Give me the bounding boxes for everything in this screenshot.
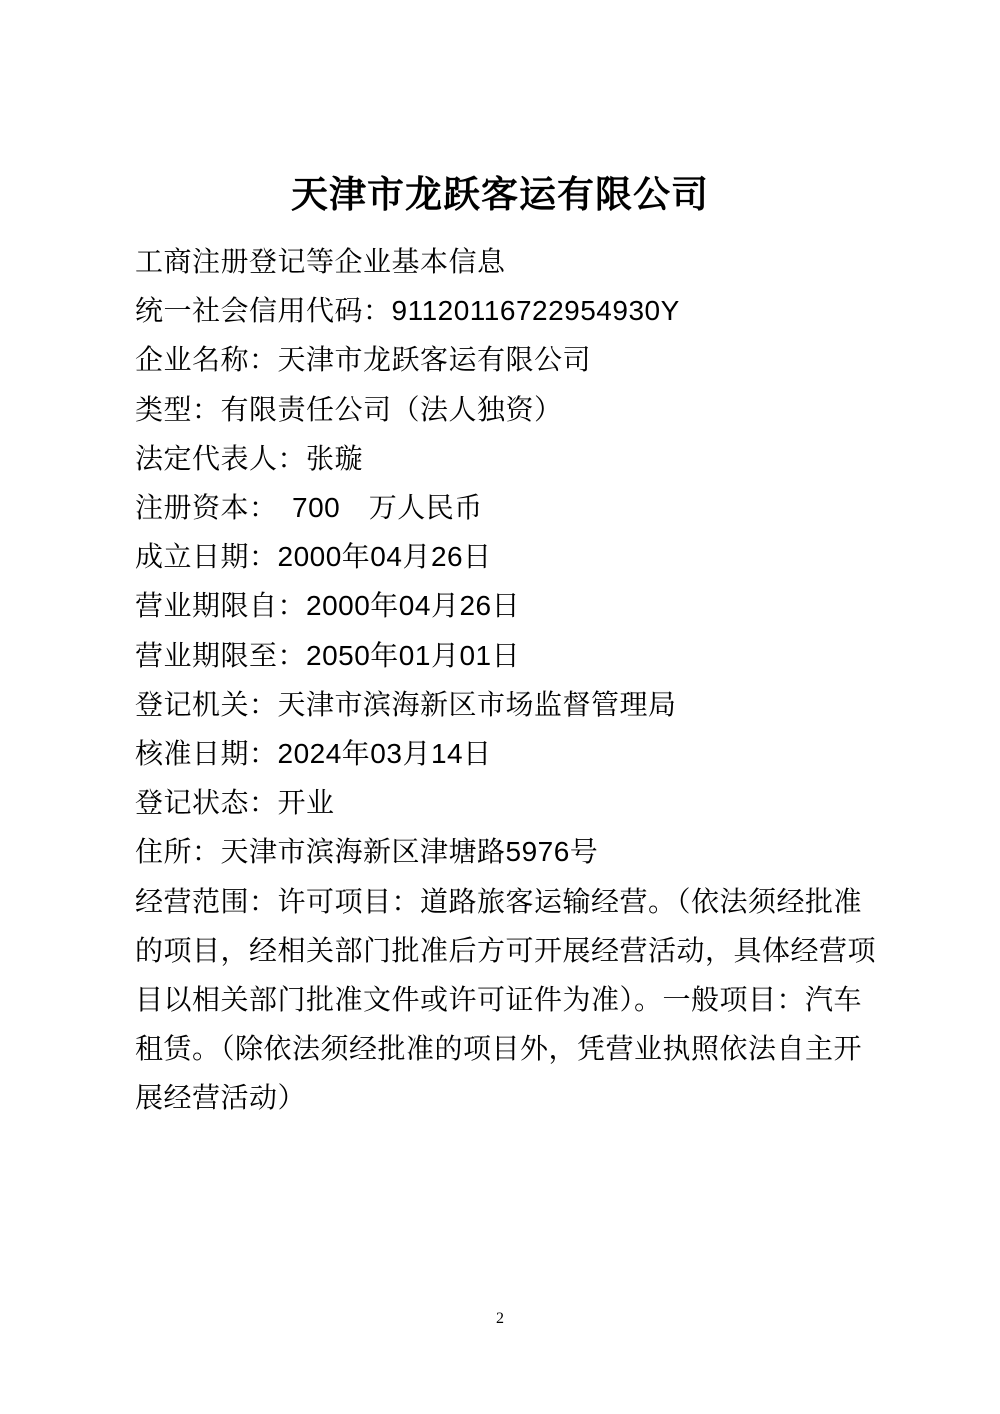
field-label: 登记机关： [135, 689, 278, 720]
document-title: 天津市龙跃客运有限公司 [0, 172, 1000, 218]
business-info-section: 工商注册登记等企业基本信息 统一社会信用代码：91120116722954930… [135, 237, 883, 1123]
field-value: 2000年04月26日 [278, 541, 492, 572]
field-label: 法定代表人： [135, 443, 306, 474]
field-credit-code: 统一社会信用代码：91120116722954930Y [135, 286, 883, 335]
field-value: 2050年01月01日 [306, 640, 520, 671]
field-value: 张璇 [306, 443, 363, 474]
field-value: 2024年03月14日 [278, 738, 492, 769]
field-label: 营业期限至： [135, 640, 306, 671]
field-label: 营业期限自： [135, 590, 306, 621]
field-label: 统一社会信用代码： [135, 295, 392, 326]
field-label: 类型： [135, 394, 221, 425]
field-company-type: 类型：有限责任公司（法人独资） [135, 385, 883, 434]
field-value: 开业 [278, 787, 335, 818]
field-legal-representative: 法定代表人：张璇 [135, 434, 883, 483]
field-value: 许可项目：道路旅客运输经营。（依法须经批准的项目，经相关部门批准后方可开展经营活… [135, 886, 876, 1114]
field-value: 天津市滨海新区市场监督管理局 [278, 689, 677, 720]
section-heading: 工商注册登记等企业基本信息 [135, 237, 883, 286]
page-number: 2 [0, 1310, 1000, 1328]
field-label: 登记状态： [135, 787, 278, 818]
field-approval-date: 核准日期：2024年03月14日 [135, 729, 883, 778]
field-establishment-date: 成立日期：2000年04月26日 [135, 532, 883, 581]
field-value: 天津市龙跃客运有限公司 [278, 344, 592, 375]
field-label: 注册资本： [135, 492, 264, 523]
field-label: 企业名称： [135, 344, 278, 375]
field-value: 有限责任公司（法人独资） [221, 394, 563, 425]
field-value: 91120116722954930Y [392, 295, 680, 326]
field-company-name: 企业名称：天津市龙跃客运有限公司 [135, 335, 883, 384]
field-address: 住所：天津市滨海新区津塘路5976号 [135, 827, 883, 876]
field-value: 天津市滨海新区津塘路5976号 [221, 836, 599, 867]
field-term-end-date: 营业期限至：2050年01月01日 [135, 631, 883, 680]
field-label: 成立日期： [135, 541, 278, 572]
field-value: 700 万人民币 [264, 492, 483, 523]
field-label: 住所： [135, 836, 221, 867]
field-registered-capital: 注册资本： 700 万人民币 [135, 483, 883, 532]
field-label: 经营范围： [135, 886, 278, 917]
field-business-scope: 经营范围：许可项目：道路旅客运输经营。（依法须经批准的项目，经相关部门批准后方可… [135, 877, 883, 1123]
field-label: 核准日期： [135, 738, 278, 769]
field-value: 2000年04月26日 [306, 590, 520, 621]
field-term-start-date: 营业期限自：2000年04月26日 [135, 581, 883, 630]
field-registration-status: 登记状态：开业 [135, 778, 883, 827]
field-registration-authority: 登记机关：天津市滨海新区市场监督管理局 [135, 680, 883, 729]
